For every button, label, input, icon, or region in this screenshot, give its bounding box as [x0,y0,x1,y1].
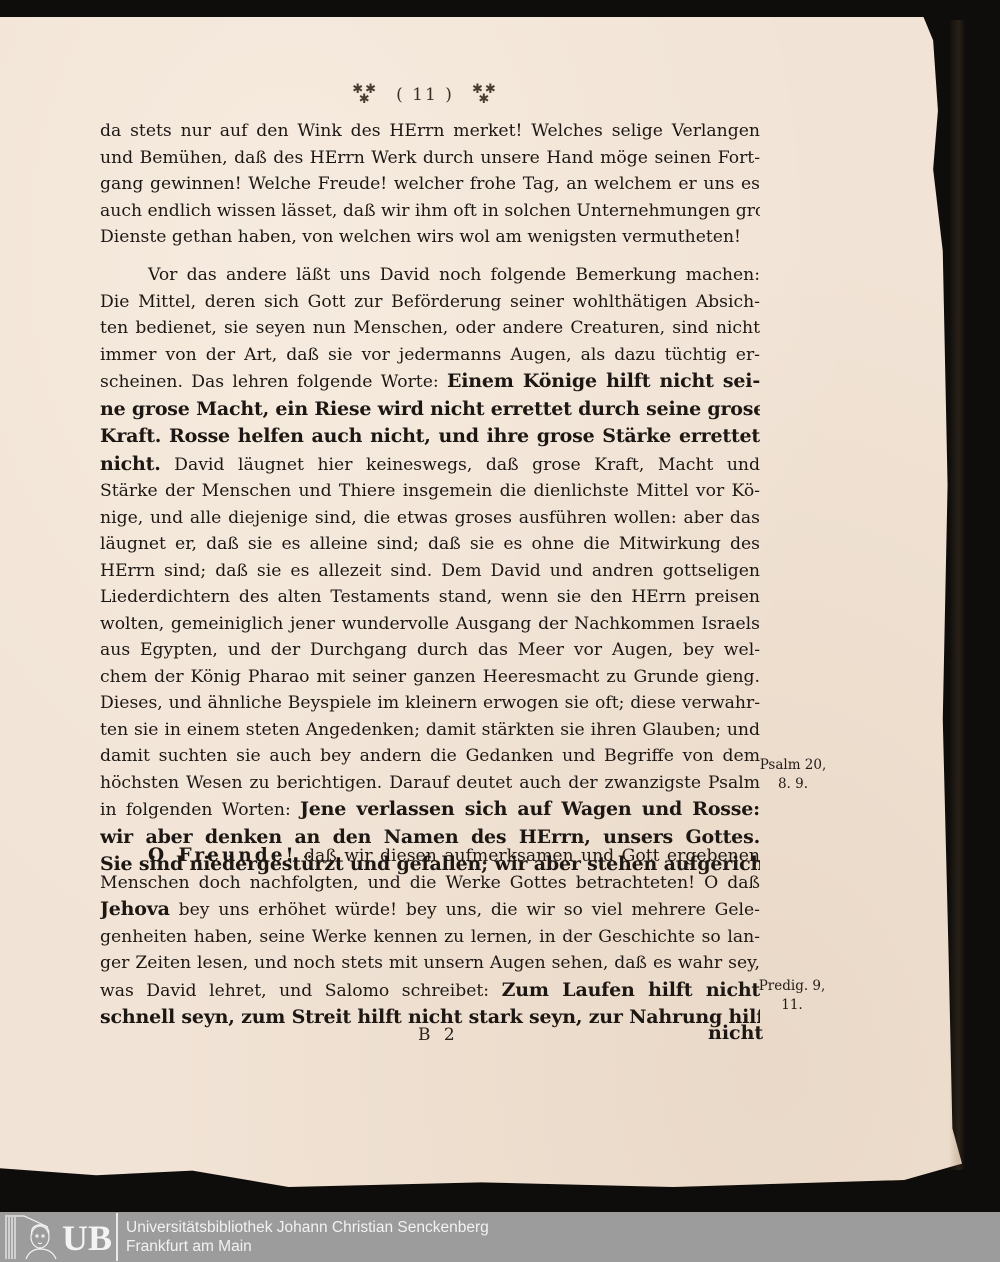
plain-text: ten sie in einem steten Angedenken; dami… [100,720,760,740]
text-line: O Freunde! daß wir diesen aufmerksamen u… [100,843,760,870]
scan-background: ✱✱✱ ( 11 ) ✱✱✱ da stets nur auf den Wink… [0,0,1000,1212]
text-line: chem der König Pharao mit seiner ganzen … [100,664,760,691]
text-line: Stärke der Menschen und Thiere insgemein… [100,478,760,505]
catchword: nicht [708,1022,763,1044]
institution-name: Universitätsbibliothek Johann Christian … [126,1218,489,1256]
plain-text: Liederdichtern des alten Testaments stan… [100,587,760,607]
text-line: läugnet er, daß sie es alleine sind; daß… [100,531,760,558]
plain-text: scheinen. Das lehren folgende Worte: [100,372,447,392]
plain-text: chem der König Pharao mit seiner ganzen … [100,667,760,687]
emphasized-quote-text: Jehova [100,898,170,920]
paragraph-2: Vor das andere läßt uns David noch folge… [100,262,760,879]
text-line: Dienste gethan haben, von welchen wirs w… [100,224,760,251]
library-logo[interactable]: UB [2,1213,118,1261]
plain-text: daß wir diesen aufmerksamen und Gott erg… [297,846,760,866]
plain-text: nige, und alle diejenige sind, die etwas… [100,508,760,528]
margin-note-predig: Predig. 9, 11. [752,977,832,1015]
text-line: in folgenden Worten: Jene verlassen sich… [100,796,760,824]
plain-text: genheiten haben, seine Werke kennen zu l… [100,927,760,947]
text-line: Vor das andere läßt uns David noch folge… [100,262,760,289]
text-line: gang gewinnen! Welche Freude! welcher fr… [100,171,760,198]
text-line: ten sie in einem steten Angedenken; dami… [100,717,760,744]
library-footer-banner: UB Universitätsbibliothek Johann Christi… [0,1212,1000,1262]
plain-text: HErrn sind; daß sie es allezeit sind. De… [100,561,760,581]
page-number: ( 11 ) [396,85,454,105]
plain-text: Dieses, und ähnliche Beyspiele im kleine… [100,693,760,713]
text-line: immer von der Art, daß sie vor jedermann… [100,342,760,369]
text-line: genheiten haben, seine Werke kennen zu l… [100,924,760,951]
margin-note-ref: Psalm 20, [752,756,834,775]
paragraph-1: da stets nur auf den Wink des HErrn merk… [100,118,760,251]
plain-text: Die Mittel, deren sich Gott zur Beförder… [100,292,760,312]
text-line: ger Zeiten lesen, und noch stets mit uns… [100,950,760,977]
text-line: Jehova bey uns erhöhet würde! bey uns, d… [100,896,760,924]
plain-text: aus Egypten, und der Durchgang durch das… [100,640,760,660]
emphasized-quote-text: nicht. [100,453,161,475]
text-line: Kraft. Rosse helfen auch nicht, und ihre… [100,423,760,451]
plain-text: bey uns erhöhet würde! bey uns, die wir … [170,900,760,920]
paragraph-3: O Freunde! daß wir diesen aufmerksamen u… [100,843,760,1032]
text-line: HErrn sind; daß sie es allezeit sind. De… [100,558,760,585]
plain-text: ger Zeiten lesen, und noch stets mit uns… [100,953,760,973]
text-line: und Bemühen, daß des HErrn Werk durch un… [100,145,760,172]
text-line: damit suchten sie auch bey andern die Ge… [100,743,760,770]
plain-text: höchsten Wesen zu berichtigen. Darauf de… [100,773,760,793]
emphasized-spaced-text: O Freunde! [148,845,297,866]
text-line: da stets nur auf den Wink des HErrn merk… [100,118,760,145]
plain-text: was David lehret, und Salomo schreibet: [100,981,502,1001]
text-line: auch endlich wissen lässet, daß wir ihm … [100,198,760,225]
plain-text: damit suchten sie auch bey andern die Ge… [100,746,760,766]
emphasized-quote-text: Zum Laufen hilft nicht [502,979,760,1001]
margin-note-psalm: Psalm 20, 8. 9. [752,756,834,794]
text-line: Liederdichtern des alten Testaments stan… [100,584,760,611]
text-line: aus Egypten, und der Durchgang durch das… [100,637,760,664]
text-line: Dieses, und ähnliche Beyspiele im kleine… [100,690,760,717]
emphasized-quote-text: Einem Könige hilft nicht sei- [447,370,760,392]
plain-text: immer von der Art, daß sie vor jedermann… [100,345,760,365]
page-header: ✱✱✱ ( 11 ) ✱✱✱ [330,80,520,110]
text-line: scheinen. Das lehren folgende Worte: Ein… [100,368,760,396]
plain-text: in folgenden Worten: [100,800,300,820]
text-line: ten bedienet, sie seyen nun Menschen, od… [100,315,760,342]
plain-text: ten bedienet, sie seyen nun Menschen, od… [100,318,760,338]
plain-text: läugnet er, daß sie es alleine sind; daß… [100,534,760,554]
plain-text: Vor das andere läßt uns David noch folge… [148,265,760,285]
institution-line-1: Universitätsbibliothek Johann Christian … [126,1218,489,1237]
plain-text: David läugnet hier keineswegs, daß grose… [161,455,760,475]
plain-text: wolten, gemeiniglich jener wundervolle A… [100,614,760,634]
ornament-left-icon: ✱✱✱ [352,85,378,105]
text-line: nige, und alle diejenige sind, die etwas… [100,505,760,532]
senckenberg-portrait-icon [2,1213,62,1261]
emphasized-quote-text: ne grose Macht, ein Riese wird nicht err… [100,398,760,420]
text-line: Die Mittel, deren sich Gott zur Beförder… [100,289,760,316]
signature-mark: B 2 [418,1025,459,1045]
text-line: was David lehret, und Salomo schreibet: … [100,977,760,1005]
margin-note-ref: Predig. 9, [752,977,832,996]
text-line: ne grose Macht, ein Riese wird nicht err… [100,396,760,424]
plain-text: Menschen doch nachfolgten, und die Werke… [100,873,760,893]
emphasized-quote-text: Kraft. Rosse helfen auch nicht, und ihre… [100,425,760,447]
text-line: Menschen doch nachfolgten, und die Werke… [100,870,760,897]
margin-note-verse: 8. 9. [752,775,834,794]
logo-text: UB [62,1219,112,1257]
margin-note-verse: 11. [752,996,832,1015]
institution-line-2: Frankfurt am Main [126,1237,489,1256]
ornament-right-icon: ✱✱✱ [472,85,498,105]
text-line: wolten, gemeiniglich jener wundervolle A… [100,611,760,638]
text-line: nicht. David läugnet hier keineswegs, da… [100,451,760,479]
emphasized-quote-text: Jene verlassen sich auf Wagen und Rosse: [300,798,760,820]
text-line: höchsten Wesen zu berichtigen. Darauf de… [100,770,760,797]
plain-text: Stärke der Menschen und Thiere insgemein… [100,481,760,501]
